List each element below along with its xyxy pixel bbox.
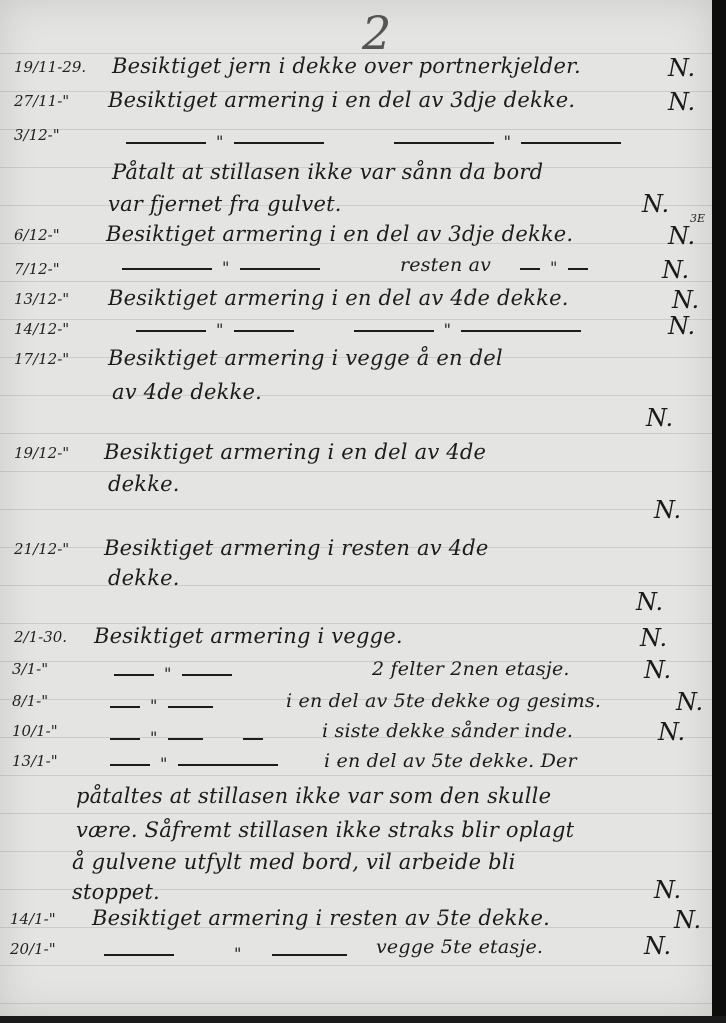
entry-date: 27/11-" [14, 92, 69, 110]
signature: N. [654, 876, 681, 904]
signature: N. [644, 656, 671, 684]
entry-text: Besiktiget armering i vegge. [94, 624, 403, 648]
entry-text: stoppet. [72, 880, 160, 904]
entry-date: 8/1-" [12, 692, 48, 710]
scan-border-bottom [0, 1016, 726, 1023]
signature: N. [676, 688, 703, 716]
entry-text: vegge 5te etasje. [376, 936, 543, 958]
signature: N. [674, 906, 701, 934]
entry-text: Besiktiget armering i resten av 4de [104, 536, 489, 560]
entry-text: i en del av 5te dekke og gesims. [286, 690, 601, 712]
entry-date: 14/1-" [10, 910, 56, 928]
entry-date: 20/1-" [10, 940, 56, 958]
entry-text: 2 felter 2nen etasje. [372, 658, 570, 680]
signature: N. [636, 588, 663, 616]
entry-text: av 4de dekke. [112, 380, 262, 404]
signature: N. [672, 286, 699, 314]
entry-date: 17/12-" [14, 350, 69, 368]
entry-text: dekke. [108, 566, 180, 590]
signature: N. [654, 496, 681, 524]
entry-date: 19/12-" [14, 444, 69, 462]
entry-text: Besiktiget armering i resten av 5te dekk… [92, 906, 550, 930]
entry-text: resten av [400, 254, 491, 276]
margin-note: 3E [690, 212, 705, 225]
entry-date: 6/12-" [14, 226, 60, 244]
ditto-marks: " [112, 258, 330, 278]
entry-text: dekke. [108, 472, 180, 496]
entry-date: 7/12-" [14, 260, 60, 278]
signature: N. [640, 624, 667, 652]
entry-text: være. Såfremt stillasen ikke straks blir… [76, 818, 574, 842]
ditto-marks: " [100, 754, 288, 774]
ditto-marks: " [100, 728, 273, 748]
signature: N. [668, 312, 695, 340]
ditto-marks: "" [116, 132, 631, 152]
signature: N. [642, 190, 669, 218]
entry-text: å gulvene utfylt med bord, vil arbeide b… [72, 850, 516, 874]
entry-text: påtaltes at stillasen ikke var som den s… [76, 784, 551, 808]
entry-date: 2/1-30. [14, 628, 67, 646]
signature: N. [644, 932, 671, 960]
entry-date: 3/1-" [12, 660, 48, 678]
entry-date: 14/12-" [14, 320, 69, 338]
entry-date: 21/12-" [14, 540, 69, 558]
signature: N. [662, 256, 689, 284]
entry-text: var fjernet fra gulvet. [108, 192, 342, 216]
signature: N. [668, 222, 695, 250]
entry-date: 13/1-" [12, 752, 58, 770]
ditto-marks: " [510, 258, 598, 278]
entry-text: Besiktiget armering i en del av 4de dekk… [108, 286, 569, 310]
signature: N. [668, 88, 695, 116]
signature: N. [658, 718, 685, 746]
entry-text: i siste dekke sånder inde. [322, 720, 573, 742]
page-number: 2 [362, 6, 391, 60]
entry-text: i en del av 5te dekke. Der [324, 750, 577, 772]
entry-text: Besiktiget armering i en del av 3dje dek… [106, 222, 573, 246]
entry-text: Besiktiget armering i en del av 3dje dek… [108, 88, 575, 112]
entry-text: Besiktiget armering i en del av 4de [104, 440, 486, 464]
signature: N. [668, 54, 695, 82]
ditto-marks: " [104, 664, 242, 684]
entry-date: 3/12-" [14, 126, 60, 144]
signature: N. [646, 404, 673, 432]
ditto-marks: "" [126, 320, 591, 340]
scan-border-right [712, 0, 726, 1023]
entry-text: Besiktiget jern i dekke over portnerkjel… [112, 54, 581, 78]
ditto-marks: " [94, 944, 357, 964]
entry-date: 13/12-" [14, 290, 69, 308]
entry-date: 10/1-" [12, 722, 58, 740]
entry-date: 19/11-29. [14, 58, 86, 76]
entry-text: Påtalt at stillasen ikke var sånn da bor… [112, 160, 543, 184]
entry-text: Besiktiget armering i vegge å en del [108, 346, 503, 370]
ledger-page: 2 19/11-29. Besiktiget jern i dekke over… [0, 0, 713, 1016]
ditto-marks: " [100, 696, 223, 716]
